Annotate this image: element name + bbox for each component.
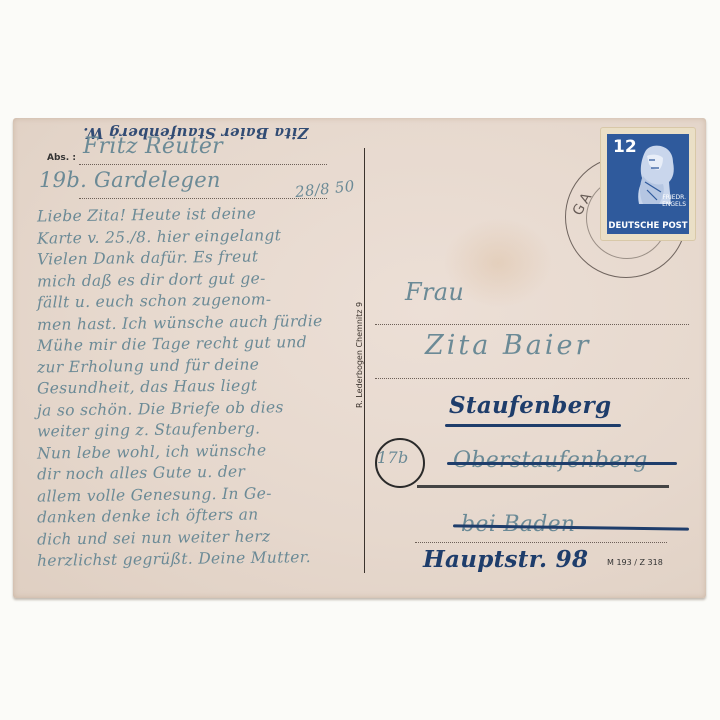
message-line: danken denke ich öfters an xyxy=(37,505,259,526)
recipient-new-town: Staufenberg xyxy=(449,392,611,419)
message-line: Liebe Zita! Heute ist deine xyxy=(37,204,256,225)
recipient-salutation: Frau xyxy=(405,278,464,306)
stamp-portrait-name: FRIEDR. ENGELS xyxy=(662,194,686,208)
recipient-street: Hauptstr. 98 xyxy=(423,546,588,573)
message-line: allem volle Genesung. In Ge- xyxy=(37,484,272,505)
sender-place: 19b. Gardelegen xyxy=(39,168,221,192)
message-line: men hast. Ich wünsche auch fürdie xyxy=(37,312,323,334)
sender-name: Fritz Reuter xyxy=(83,134,223,159)
message-line: Mühe mir die Tage recht gut und xyxy=(37,333,307,355)
message-line: Karte v. 25./8. hier eingelangt xyxy=(37,226,281,247)
letter-date: 28/8 50 xyxy=(294,177,355,201)
stamp-face: 12 FRIEDR. ENGELS DEUTSCHE POST xyxy=(607,134,689,234)
address-dotted-line-3 xyxy=(415,542,667,543)
message-line: herzlichst gegrüßt. Deine Mutter. xyxy=(37,548,311,570)
postcard: Zita Baier Staufenberg W. Abs. : Fritz R… xyxy=(13,118,706,598)
form-code: M 193 / Z 318 xyxy=(607,558,663,567)
message-line: fällt u. euch schon zugenom- xyxy=(37,290,272,311)
sender-dotted-line-2 xyxy=(79,198,327,199)
message-line: ja so schön. Die Briefe ob dies xyxy=(37,398,284,419)
address-dotted-line-2 xyxy=(375,378,689,379)
message-line: weiter ging z. Staufenberg. xyxy=(37,419,261,440)
printer-imprint: R. Lederbogen Chemnitz 9 xyxy=(355,302,364,408)
stamp-name-line-1: FRIEDR. xyxy=(662,194,686,201)
address-solid-line xyxy=(417,485,669,488)
stamp-country: DEUTSCHE POST xyxy=(607,221,689,231)
divider-line xyxy=(364,148,365,573)
message-line: mich daß es dir dort gut ge- xyxy=(37,269,266,290)
message-line: Gesundheit, das Haus liegt xyxy=(37,376,258,397)
sender-dotted-line-1 xyxy=(79,164,327,165)
message-line: dir noch alles Gute u. der xyxy=(37,463,245,484)
message-line: dich und sei nun weiter herz xyxy=(37,527,271,548)
stamp-name-line-2: ENGELS xyxy=(662,201,686,208)
struck-town: Oberstaufenberg xyxy=(453,448,648,473)
recipient-name: Zita Baier xyxy=(425,330,591,361)
struck-town-line xyxy=(447,462,677,465)
postage-stamp: 12 FRIEDR. ENGELS DEUTSCHE POST xyxy=(601,128,695,240)
message-line: Vielen Dank dafür. Es freut xyxy=(37,247,259,268)
address-dotted-line-1 xyxy=(375,324,689,325)
postal-code-text: 17b xyxy=(377,448,409,467)
message-line: zur Erholung und für deine xyxy=(37,355,259,376)
new-town-underline xyxy=(445,424,621,427)
message-line: Nun lebe wohl, ich wünsche xyxy=(37,441,267,462)
sender-label: Abs. : xyxy=(47,153,76,163)
